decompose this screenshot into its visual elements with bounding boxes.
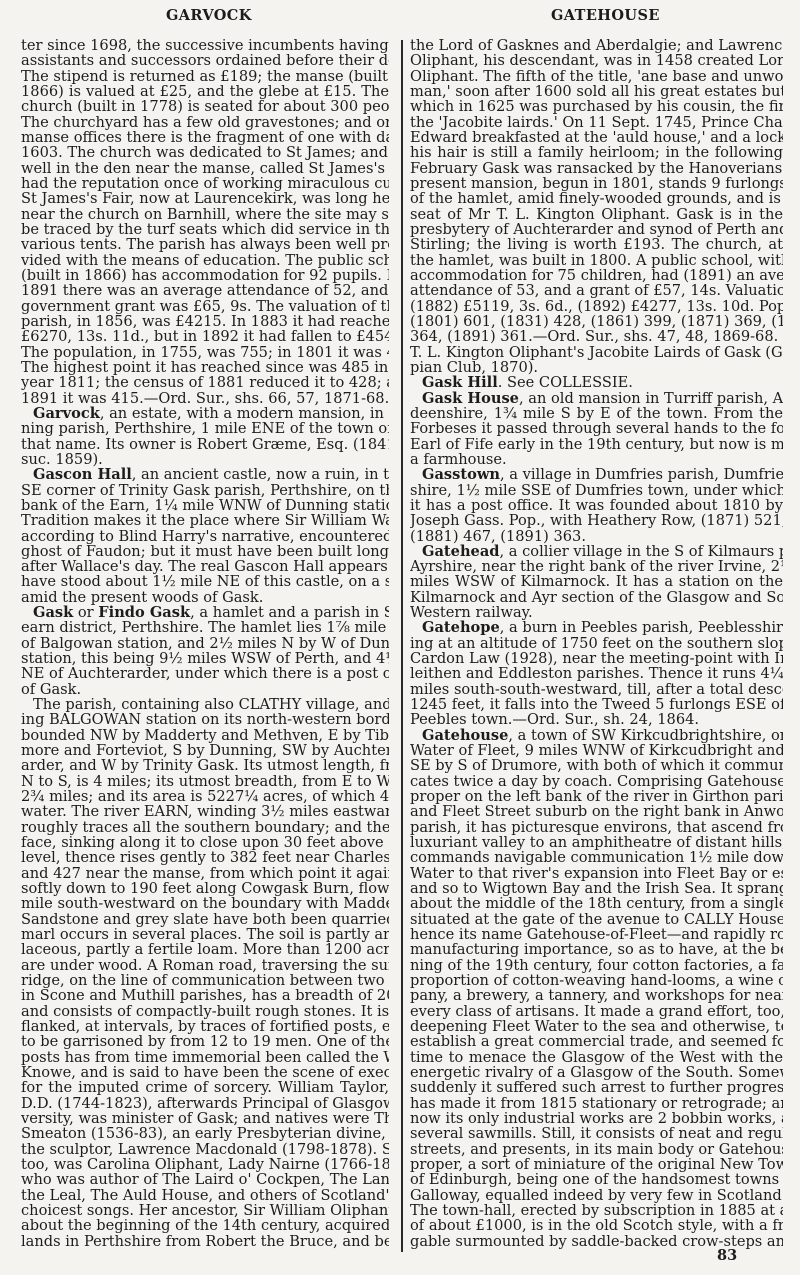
text-line: vided with the means of education. The p… — [21, 253, 389, 268]
text-line: commands navigable communication 1½ mile… — [410, 850, 783, 865]
entry-first-line: Gask Hill. See COLLESSIE. — [410, 375, 783, 390]
text-line: deenshire, 1¾ mile S by E of the town. F… — [410, 406, 783, 421]
text-line: Kilmarnock and Ayr section of the Glasgo… — [410, 590, 783, 605]
text-line: of Gask. — [21, 682, 389, 697]
text-line: accommodation for 75 children, had (1891… — [410, 268, 783, 283]
text-line: The town-hall, erected by subscription i… — [410, 1203, 783, 1218]
text-line: roughly traces all the southern boundary… — [21, 820, 389, 835]
text-line: ridge, on the line of communication betw… — [21, 973, 389, 988]
text-line: D.D. (1744-1823), afterwards Principal o… — [21, 1096, 389, 1111]
text-line: 1603. The church was dedicated to St Jam… — [21, 145, 389, 160]
entry-headword: Gatehead — [422, 544, 500, 559]
page-number: 83 — [717, 1247, 737, 1264]
left-column: ter since 1698, the successive incumbent… — [21, 38, 389, 1249]
text-line: The churchyard has a few old gravestones… — [21, 115, 389, 130]
text-line: about the beginning of the 14th century,… — [21, 1218, 389, 1233]
text-line: proper, a sort of miniature of the origi… — [410, 1157, 783, 1172]
text-line: be traced by the turf seats which did se… — [21, 222, 389, 237]
text-line: Water of Fleet, 9 miles WNW of Kirkcudbr… — [410, 743, 783, 758]
text-line: time to menace the Glasgow of the West w… — [410, 1050, 783, 1065]
text-line: earn district, Perthshire. The hamlet li… — [21, 620, 389, 635]
text-line: softly down to 190 feet along Cowgask Bu… — [21, 881, 389, 896]
text-line: Stirling; the living is worth £193. The … — [410, 237, 783, 252]
text-line: lands in Perthshire from Robert the Bruc… — [21, 1234, 389, 1249]
text-line: laceous, partly a fertile loam. More tha… — [21, 942, 389, 957]
text-line: Sandstone and grey slate have both been … — [21, 912, 389, 927]
text-line: hence its name Gatehouse-of-Fleet—and ra… — [410, 927, 783, 942]
text-line: ning parish, Perthshire, 1 mile ENE of t… — [21, 421, 389, 436]
text-line: attendance of 53, and a grant of £57, 14… — [410, 283, 783, 298]
text-line: SE by S of Drumore, with both of which i… — [410, 758, 783, 773]
text-line: (1881) 467, (1891) 363. — [410, 529, 783, 544]
entry-headword: Garvock — [33, 406, 100, 421]
text-line: level, thence rises gently to 382 feet n… — [21, 850, 389, 865]
text-line: government grant was £65, 9s. The valuat… — [21, 299, 389, 314]
text-line: face, sinking along it to close upon 30 … — [21, 835, 389, 850]
text-line: 1891 it was 415.—Ord. Sur., shs. 66, 57,… — [21, 391, 389, 406]
text-line: Smeaton (1536-83), an early Presbyterian… — [21, 1126, 389, 1141]
text-line: are under wood. A Roman road, traversing… — [21, 958, 389, 973]
text-line: for the imputed crime of sorcery. Willia… — [21, 1080, 389, 1095]
text-line: near the church on Barnhill, where the s… — [21, 207, 389, 222]
entry-first-line: Gatehead, a collier village in the S of … — [410, 544, 783, 559]
text-line: cates twice a day by coach. Comprising G… — [410, 774, 783, 789]
text-line: 2¾ miles; and its area is 5227¼ acres, o… — [21, 789, 389, 804]
text-line: miles WSW of Kilmarnock. It has a statio… — [410, 574, 783, 589]
text-line: of the hamlet, amid finely-wooded ground… — [410, 191, 783, 206]
text-line: his hair is still a family heirloom; in … — [410, 145, 783, 160]
text-line: bank of the Earn, 1¼ mile WNW of Dunning… — [21, 498, 389, 513]
entry-first-line: Gatehope, a burn in Peebles parish, Peeb… — [410, 620, 783, 635]
text-line: The parish, containing also CLATHY villa… — [21, 697, 389, 712]
text-line: (built in 1866) has accommodation for 92… — [21, 268, 389, 283]
gazetteer-page: GARVOCK GATEHOUSE ter since 1698, the su… — [0, 0, 800, 1275]
text-line: about the middle of the 18th century, fr… — [410, 896, 783, 911]
text-line: proportion of cotton-weaving hand-looms,… — [410, 973, 783, 988]
right-column: the Lord of Gasknes and Aberdalgie; and … — [410, 38, 783, 1249]
text-line: station, this being 9½ miles WSW of Pert… — [21, 651, 389, 666]
text-line: £6270, 13s. 11d., but in 1892 it had fal… — [21, 329, 389, 344]
text-line: to be garrisoned by from 12 to 19 men. O… — [21, 1034, 389, 1049]
entry-headword: Gatehouse — [422, 728, 508, 743]
text-line: it has a post office. It was founded abo… — [410, 498, 783, 513]
text-line: in Scone and Muthill parishes, has a bre… — [21, 988, 389, 1003]
text-line: the Leal, The Auld House, and others of … — [21, 1188, 389, 1203]
text-line: bounded NW by Madderty and Methven, E by… — [21, 728, 389, 743]
entry-first-line: Gasstown, a village in Dumfries parish, … — [410, 467, 783, 482]
text-line: arder, and W by Trinity Gask. Its utmost… — [21, 758, 389, 773]
column-divider — [401, 40, 403, 1252]
text-line: suddenly it suffered such arrest to furt… — [410, 1080, 783, 1095]
text-line: Joseph Gass. Pop., with Heathery Row, (1… — [410, 513, 783, 528]
text-line: and 427 near the manse, from which point… — [21, 866, 389, 881]
text-line: luxuriant valley to an amphitheatre of d… — [410, 835, 783, 850]
text-line: 364, (1891) 361.—Ord. Sur., shs. 47, 48,… — [410, 329, 783, 344]
text-line: establish a great commercial trade, and … — [410, 1034, 783, 1049]
text-line: Oliphant, his descendant, was in 1458 cr… — [410, 53, 783, 68]
text-line: who was author of The Laird o' Cockpen, … — [21, 1172, 389, 1187]
text-line: Edward breakfasted at the 'auld house,' … — [410, 130, 783, 145]
text-line: ing at an altitude of 1750 feet on the s… — [410, 636, 783, 651]
entry-first-line: Gask or Findo Gask, a hamlet and a paris… — [21, 605, 389, 620]
text-line: 1866) is valued at £25, and the glebe at… — [21, 84, 389, 99]
text-line: present mansion, begun in 1801, stands 9… — [410, 176, 783, 191]
entry-first-line: Garvock, an estate, with a modern mansio… — [21, 406, 389, 421]
text-line: shire, 1½ mile SSE of Dumfries town, und… — [410, 483, 783, 498]
text-line: seat of Mr T. L. Kington Oliphant. Gask … — [410, 207, 783, 222]
text-line: Knowe, and is said to have been the scen… — [21, 1065, 389, 1080]
text-line: (1882) £5119, 3s. 6d., (1892) £4277, 13s… — [410, 299, 783, 314]
text-line: that name. Its owner is Robert Græme, Es… — [21, 437, 389, 452]
entry-first-line: Gatehouse, a town of SW Kirkcudbrightshi… — [410, 728, 783, 743]
entry-headword: Gask House — [422, 391, 519, 406]
text-line: choicest songs. Her ancestor, Sir Willia… — [21, 1203, 389, 1218]
text-line: Western railway. — [410, 605, 783, 620]
text-line: February Gask was ransacked by the Hanov… — [410, 161, 783, 176]
text-line: after Wallace's day. The real Gascon Hal… — [21, 559, 389, 574]
entry-first-line: Gask House, an old mansion in Turriff pa… — [410, 391, 783, 406]
text-line: Water to that river's expansion into Fle… — [410, 866, 783, 881]
text-line: NE of Auchterarder, under which there is… — [21, 666, 389, 681]
text-line: leithen and Eddleston parishes. Thence i… — [410, 666, 783, 681]
entry-headword: Findo Gask — [98, 605, 190, 620]
text-line: versity, was minister of Gask; and nativ… — [21, 1111, 389, 1126]
text-line: manse offices there is the fragment of o… — [21, 130, 389, 145]
text-line: flanked, at intervals, by traces of fort… — [21, 1019, 389, 1034]
text-line: of Edinburgh, being one of the handsomes… — [410, 1172, 783, 1187]
text-line: miles south-south-westward, till, after … — [410, 682, 783, 697]
text-line: a farmhouse. — [410, 452, 783, 467]
text-line: and so to Wigtown Bay and the Irish Sea.… — [410, 881, 783, 896]
text-line: and consists of compactly-built rough st… — [21, 1004, 389, 1019]
text-line: man,' soon after 1600 sold all his great… — [410, 84, 783, 99]
text-line: according to Blind Harry's narrative, en… — [21, 529, 389, 544]
text-line: of about £1000, is in the old Scotch sty… — [410, 1218, 783, 1233]
text-line: church (built in 1778) is seated for abo… — [21, 99, 389, 114]
text-line: amid the present woods of Gask. — [21, 590, 389, 605]
text-line: the 'Jacobite lairds.' On 11 Sept. 1745,… — [410, 115, 783, 130]
text-line: posts has from time immemorial been call… — [21, 1050, 389, 1065]
text-line: 1245 feet, it falls into the Tweed 5 fur… — [410, 697, 783, 712]
text-line: parish, it has picturesque environs, tha… — [410, 820, 783, 835]
text-line: situated at the gate of the avenue to CA… — [410, 912, 783, 927]
entry-headword: Gasstown — [422, 467, 500, 482]
text-line: The highest point it has reached since w… — [21, 360, 389, 375]
text-line: proper on the left bank of the river in … — [410, 789, 783, 804]
text-line: 1891 there was an average attendance of … — [21, 283, 389, 298]
entry-headword: Gask Hill — [422, 375, 498, 390]
text-line: manufacturing importance, so as to have,… — [410, 942, 783, 957]
text-line: which in 1625 was purchased by his cousi… — [410, 99, 783, 114]
text-line: the Lord of Gasknes and Aberdalgie; and … — [410, 38, 783, 53]
text-line: has made it from 1815 stationary or retr… — [410, 1096, 783, 1111]
text-line: now its only industrial works are 2 bobb… — [410, 1111, 783, 1126]
text-line: ing BALGOWAN station on its north-wester… — [21, 712, 389, 727]
text-line: N to S, is 4 miles; its utmost breadth, … — [21, 774, 389, 789]
text-line: St James's Fair, now at Laurencekirk, wa… — [21, 191, 389, 206]
text-line: Earl of Fife early in the 19th century, … — [410, 437, 783, 452]
text-line: have stood about 1½ mile NE of this cast… — [21, 574, 389, 589]
text-line: energetic rivalry of a Glasgow of the So… — [410, 1065, 783, 1080]
text-line: Ayrshire, near the right bank of the riv… — [410, 559, 783, 574]
text-line: marl occurs in several places. The soil … — [21, 927, 389, 942]
text-line: streets, and presents, in its main body … — [410, 1142, 783, 1157]
text-line: pian Club, 1870). — [410, 360, 783, 375]
text-line: T. L. Kington Oliphant's Jacobite Lairds… — [410, 345, 783, 360]
text-line: mile south-westward on the boundary with… — [21, 896, 389, 911]
text-line: ghost of Faudon; but it must have been b… — [21, 544, 389, 559]
text-line: well in the den near the manse, called S… — [21, 161, 389, 176]
text-line: ning of the 19th century, four cotton fa… — [410, 958, 783, 973]
text-line: presbytery of Auchterarder and synod of … — [410, 222, 783, 237]
text-line: The stipend is returned as £189; the man… — [21, 69, 389, 84]
text-line: several sawmills. Still, it consists of … — [410, 1126, 783, 1141]
text-line: the sculptor, Lawrence Macdonald (1798-1… — [21, 1142, 389, 1157]
text-line: assistants and successors ordained befor… — [21, 53, 389, 68]
text-line: SE corner of Trinity Gask parish, Perths… — [21, 483, 389, 498]
text-line: and Fleet Street suburb on the right ban… — [410, 804, 783, 819]
text-line: (1801) 601, (1831) 428, (1861) 399, (187… — [410, 314, 783, 329]
text-line: Oliphant. The fifth of the title, 'ane b… — [410, 69, 783, 84]
text-line: Forbeses it passed through several hands… — [410, 421, 783, 436]
entry-headword: Gask — [33, 605, 73, 620]
text-line: Tradition makes it the place where Sir W… — [21, 513, 389, 528]
text-line: of Balgowan station, and 2½ miles N by W… — [21, 636, 389, 651]
text-line: the hamlet, was built in 1800. A public … — [410, 253, 783, 268]
text-line: too, was Carolina Oliphant, Lady Nairne … — [21, 1157, 389, 1172]
text-line: every class of artisans. It made a grand… — [410, 1004, 783, 1019]
entry-first-line: Gascon Hall, an ancient castle, now a ru… — [21, 467, 389, 482]
text-line: pany, a brewery, a tannery, and workshop… — [410, 988, 783, 1003]
entry-headword: Gatehope — [422, 620, 500, 635]
text-line: suc. 1859). — [21, 452, 389, 467]
text-line: year 1811; the census of 1881 reduced it… — [21, 375, 389, 390]
text-line: parish, in 1856, was £4215. In 1883 it h… — [21, 314, 389, 329]
text-line: deepening Fleet Water to the sea and oth… — [410, 1019, 783, 1034]
text-line: Peebles town.—Ord. Sur., sh. 24, 1864. — [410, 712, 783, 727]
running-head-left: GARVOCK — [166, 7, 252, 24]
entry-headword: Gascon Hall — [33, 467, 132, 482]
text-line: Galloway, equalled indeed by very few in… — [410, 1188, 783, 1203]
text-line: more and Forteviot, S by Dunning, SW by … — [21, 743, 389, 758]
text-line: The population, in 1755, was 755; in 180… — [21, 345, 389, 360]
text-line: water. The river EARN, winding 3½ miles … — [21, 804, 389, 819]
text-line: various tents. The parish has always bee… — [21, 237, 389, 252]
text-line: ter since 1698, the successive incumbent… — [21, 38, 389, 53]
running-head-right: GATEHOUSE — [551, 7, 660, 24]
text-line: had the reputation once of working mirac… — [21, 176, 389, 191]
text-line: Cardon Law (1928), near the meeting-poin… — [410, 651, 783, 666]
